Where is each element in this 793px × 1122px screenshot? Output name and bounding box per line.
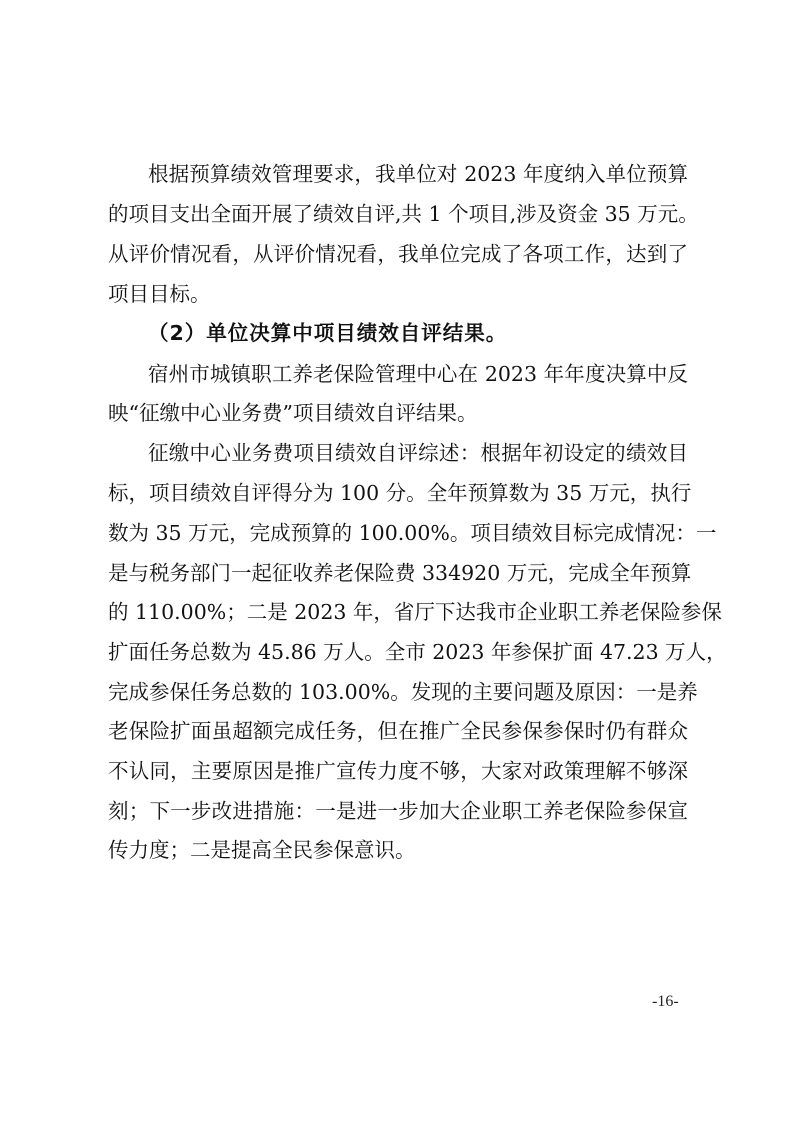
page-number: -16- [652, 992, 679, 1012]
paragraph-project-summary-line-5: 的 110.00%；二是 2023 年，省厅下达我市企业职工养老保险参保 [108, 598, 688, 626]
paragraph-project-summary-line-10: 刻；下一步改进措施：一是进一步加大企业职工养老保险参保宣 [108, 797, 688, 825]
document-page: 根据预算绩效管理要求，我单位对 2023 年度纳入单位预算 的项目支出全面开展了… [0, 0, 793, 1122]
paragraph-project-summary-line-9: 不认同，主要原因是推广宣传力度不够，大家对政策理解不够深 [108, 757, 688, 785]
paragraph-final-accounts-line-1: 宿州市城镇职工养老保险管理中心在 2023 年年度决算中反 [148, 360, 688, 388]
paragraph-budget-self-evaluation-line-2: 的项目支出全面开展了绩效自评,共 1 个项目,涉及资金 35 万元。 [108, 200, 688, 228]
paragraph-project-summary-line-4: 是与税务部门一起征收养老保险费 334920 万元，完成全年预算 [108, 559, 688, 587]
paragraph-project-summary-line-8: 老保险扩面虽超额完成任务，但在推广全民参保参保时仍有群众 [108, 717, 688, 745]
paragraph-project-summary-line-3: 数为 35 万元，完成预算的 100.00%。项目绩效目标完成情况：一 [108, 519, 688, 547]
paragraph-budget-self-evaluation-line-3: 从评价情况看，从评价情况看，我单位完成了各项工作，达到了 [108, 240, 688, 268]
paragraph-budget-self-evaluation-line-1: 根据预算绩效管理要求，我单位对 2023 年度纳入单位预算 [148, 160, 688, 188]
section-heading: （2）单位决算中项目绩效自评结果。 [148, 319, 688, 347]
paragraph-project-summary-line-7: 完成参保任务总数的 103.00%。发现的主要问题及原因：一是养 [108, 678, 688, 706]
paragraph-project-summary-line-6: 扩面任务总数为 45.86 万人。全市 2023 年参保扩面 47.23 万人， [108, 638, 688, 666]
paragraph-project-summary-line-2: 标，项目绩效自评得分为 100 分。全年预算数为 35 万元，执行 [108, 479, 688, 507]
paragraph-project-summary-line-11: 传力度；二是提高全民参保意识。 [108, 836, 688, 864]
paragraph-project-summary-line-1: 征缴中心业务费项目绩效自评综述：根据年初设定的绩效目 [148, 439, 688, 467]
paragraph-final-accounts-line-2: 映“征缴中心业务费”项目绩效自评结果。 [108, 399, 688, 427]
paragraph-budget-self-evaluation-line-4: 项目目标。 [108, 280, 688, 308]
